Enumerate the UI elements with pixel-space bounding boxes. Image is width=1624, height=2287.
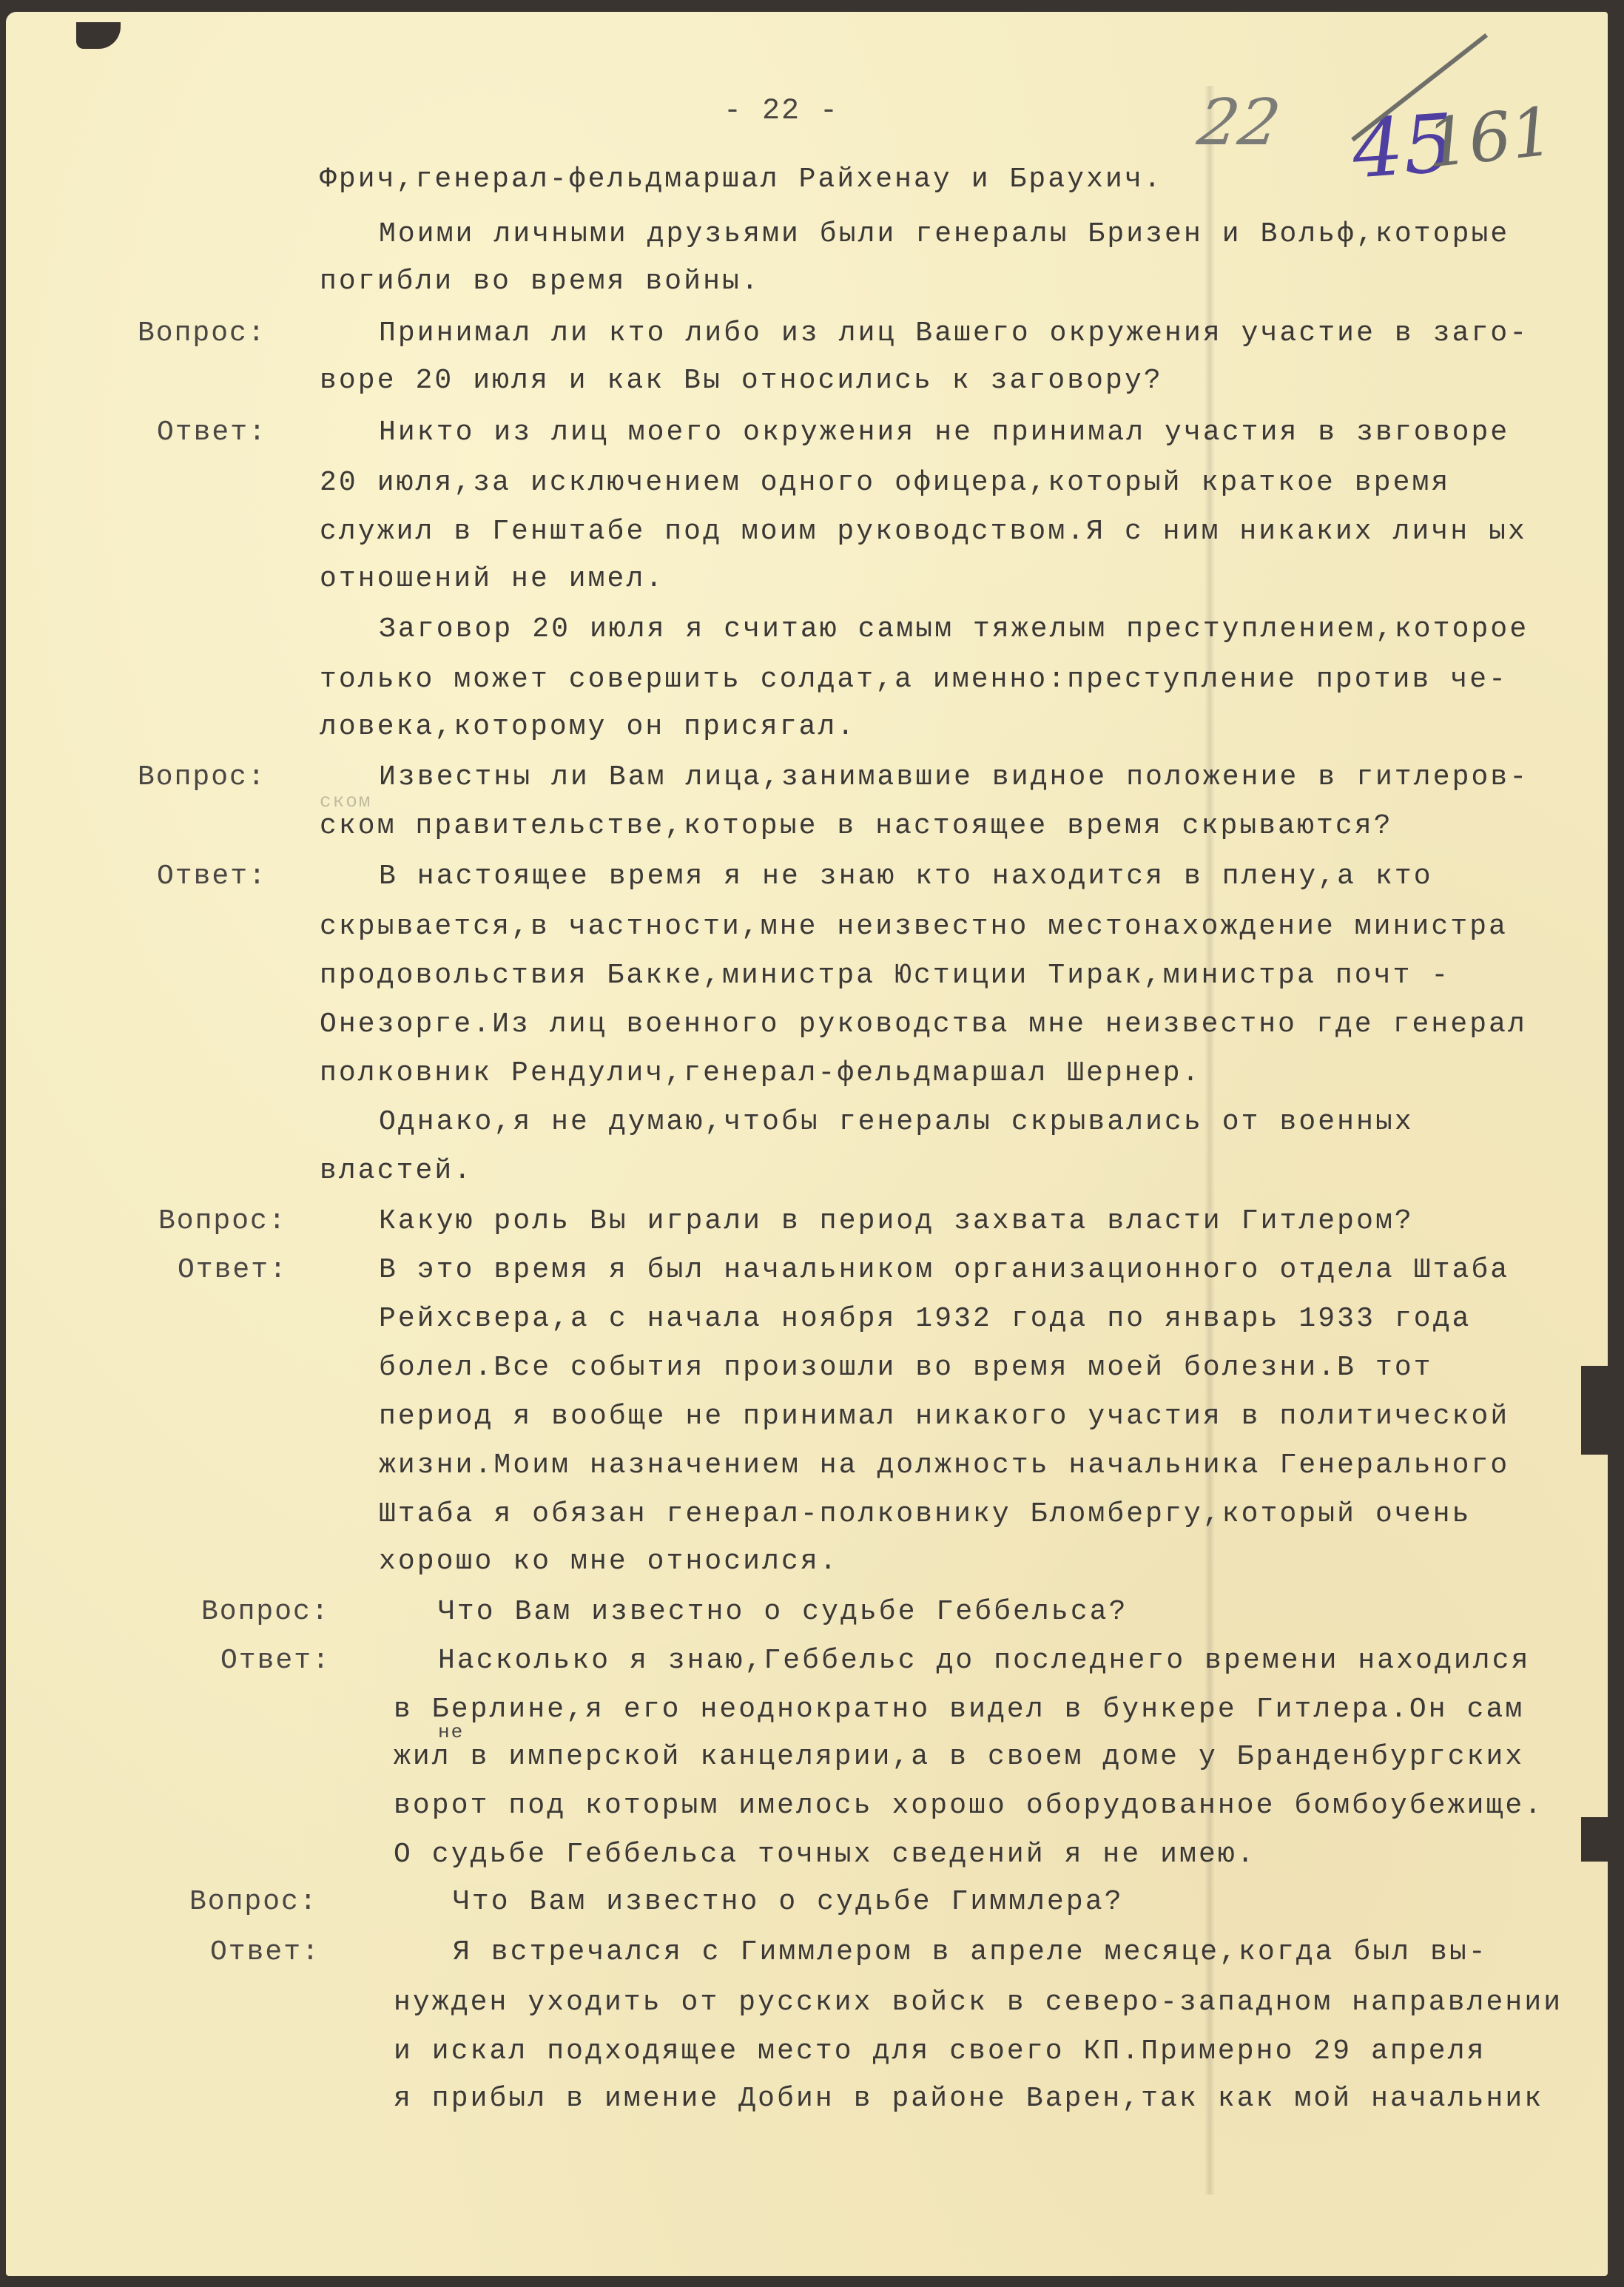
text-line: полковник Рендулич,генерал-фельдмаршал Ш… xyxy=(320,1060,1202,1088)
answer-label: Ответ: xyxy=(210,1939,320,1967)
text-line: О судьбе Геббельса точных сведений я не … xyxy=(394,1841,1256,1869)
text-line: Насколько я знаю,Геббельс до последнего … xyxy=(438,1647,1531,1675)
torn-edge xyxy=(1581,1366,1608,1455)
text-line: Принимал ли кто либо из лиц Вашего окруж… xyxy=(379,320,1529,348)
text-line: и искал подходящее место для своего КП.П… xyxy=(394,2038,1486,2066)
question-label: Вопрос: xyxy=(138,764,266,792)
text-line: ловека,которому он присягал. xyxy=(320,713,856,741)
text-line: продовольствия Бакке,министра Юстиции Ти… xyxy=(320,962,1450,990)
text-line: нужден уходить от русских войск в северо… xyxy=(394,1989,1563,2017)
text-line: 20 июля,за исключением одного офицера,ко… xyxy=(320,469,1450,497)
text-line: хорошо ко мне относился. xyxy=(379,1548,839,1576)
text-line: Рейхсвера,а с начала ноября 1932 года по… xyxy=(379,1305,1472,1333)
answer-label: Ответ: xyxy=(220,1647,331,1675)
text-line: болел.Все события произошли во время мое… xyxy=(379,1354,1433,1382)
text-line: Заговор 20 июля я считаю самым тяжелым п… xyxy=(379,616,1529,644)
question-label: Вопрос: xyxy=(158,1208,287,1236)
torn-corner xyxy=(76,22,121,49)
text-line: служил в Генштабе под моим руководством.… xyxy=(320,518,1527,546)
text-line: погибли во время войны. xyxy=(320,268,761,296)
text-line: В это время я был начальником организаци… xyxy=(379,1256,1509,1284)
text-line: я прибыл в имение Добин в районе Варен,т… xyxy=(394,2085,1543,2113)
text-line: воре 20 июля и как Вы относились к загов… xyxy=(320,367,1163,395)
text-line: период я вообще не принимал никакого уча… xyxy=(379,1403,1509,1431)
text-line: ворот под которым имелось хорошо оборудо… xyxy=(394,1792,1543,1820)
text-line: Никто из лиц моего окружения не принимал… xyxy=(379,419,1509,447)
text-line: скрывается,в частности,мне неизвестно ме… xyxy=(320,913,1508,941)
text-line: жизни.Моим назначением на должность нача… xyxy=(379,1452,1509,1480)
answer-label: Ответ: xyxy=(157,419,267,447)
text-line: в Берлине,я его неоднократно видел в бун… xyxy=(394,1696,1524,1724)
document-page: - 22 - 22 45 161 Фрич,генерал-фельдмарша… xyxy=(6,12,1608,2276)
question-label: Вопрос: xyxy=(189,1888,318,1916)
text-line: Штаба я обязан генерал-полковнику Бломбе… xyxy=(379,1500,1472,1529)
text-line: властей. xyxy=(320,1157,473,1185)
answer-label: Ответ: xyxy=(178,1256,288,1284)
answer-label: Ответ: xyxy=(157,863,267,891)
page-number: - 22 - xyxy=(724,95,839,128)
text-line: отношений не имел. xyxy=(320,565,664,593)
handwritten-pencil-number: 22 xyxy=(1193,86,1284,160)
text-line: Что Вам известно о судьбе Геббельса? xyxy=(438,1598,1128,1626)
text-line: Моими личными друзьями были генералы Бри… xyxy=(379,220,1509,249)
text-line: Я встречался с Гиммлером в апреле месяце… xyxy=(453,1939,1488,1967)
text-line: ском правительстве,которые в настоящее в… xyxy=(320,812,1393,841)
text-line: жил в имперской канцелярии,а в своем дом… xyxy=(394,1743,1524,1771)
text-line: Известны ли Вам лица,занимавшие видное п… xyxy=(379,764,1529,792)
text-line: Однако,я не думаю,чтобы генералы скрывал… xyxy=(379,1108,1414,1136)
question-label: Вопрос: xyxy=(201,1598,330,1626)
faint-offset-text: ском xyxy=(320,790,371,812)
text-line: Что Вам известно о судьбе Гиммлера? xyxy=(453,1888,1124,1916)
text-line: Какую роль Вы играли в период захвата вл… xyxy=(379,1208,1414,1236)
paper-fold-crease xyxy=(1204,86,1215,2195)
typed-interlinear-insert: не xyxy=(438,1721,464,1743)
text-line: только может совершить солдат,а именно:п… xyxy=(320,666,1508,694)
handwritten-sheet-number: 161 xyxy=(1423,92,1557,183)
torn-edge xyxy=(1581,1817,1608,1862)
text-line: В настоящее время я не знаю кто находитс… xyxy=(379,863,1433,891)
text-line: Фрич,генерал-фельдмаршал Райхенау и Брау… xyxy=(320,166,1163,194)
text-line: Онезорге.Из лиц военного руководства мне… xyxy=(320,1011,1527,1039)
question-label: Вопрос: xyxy=(138,320,266,348)
